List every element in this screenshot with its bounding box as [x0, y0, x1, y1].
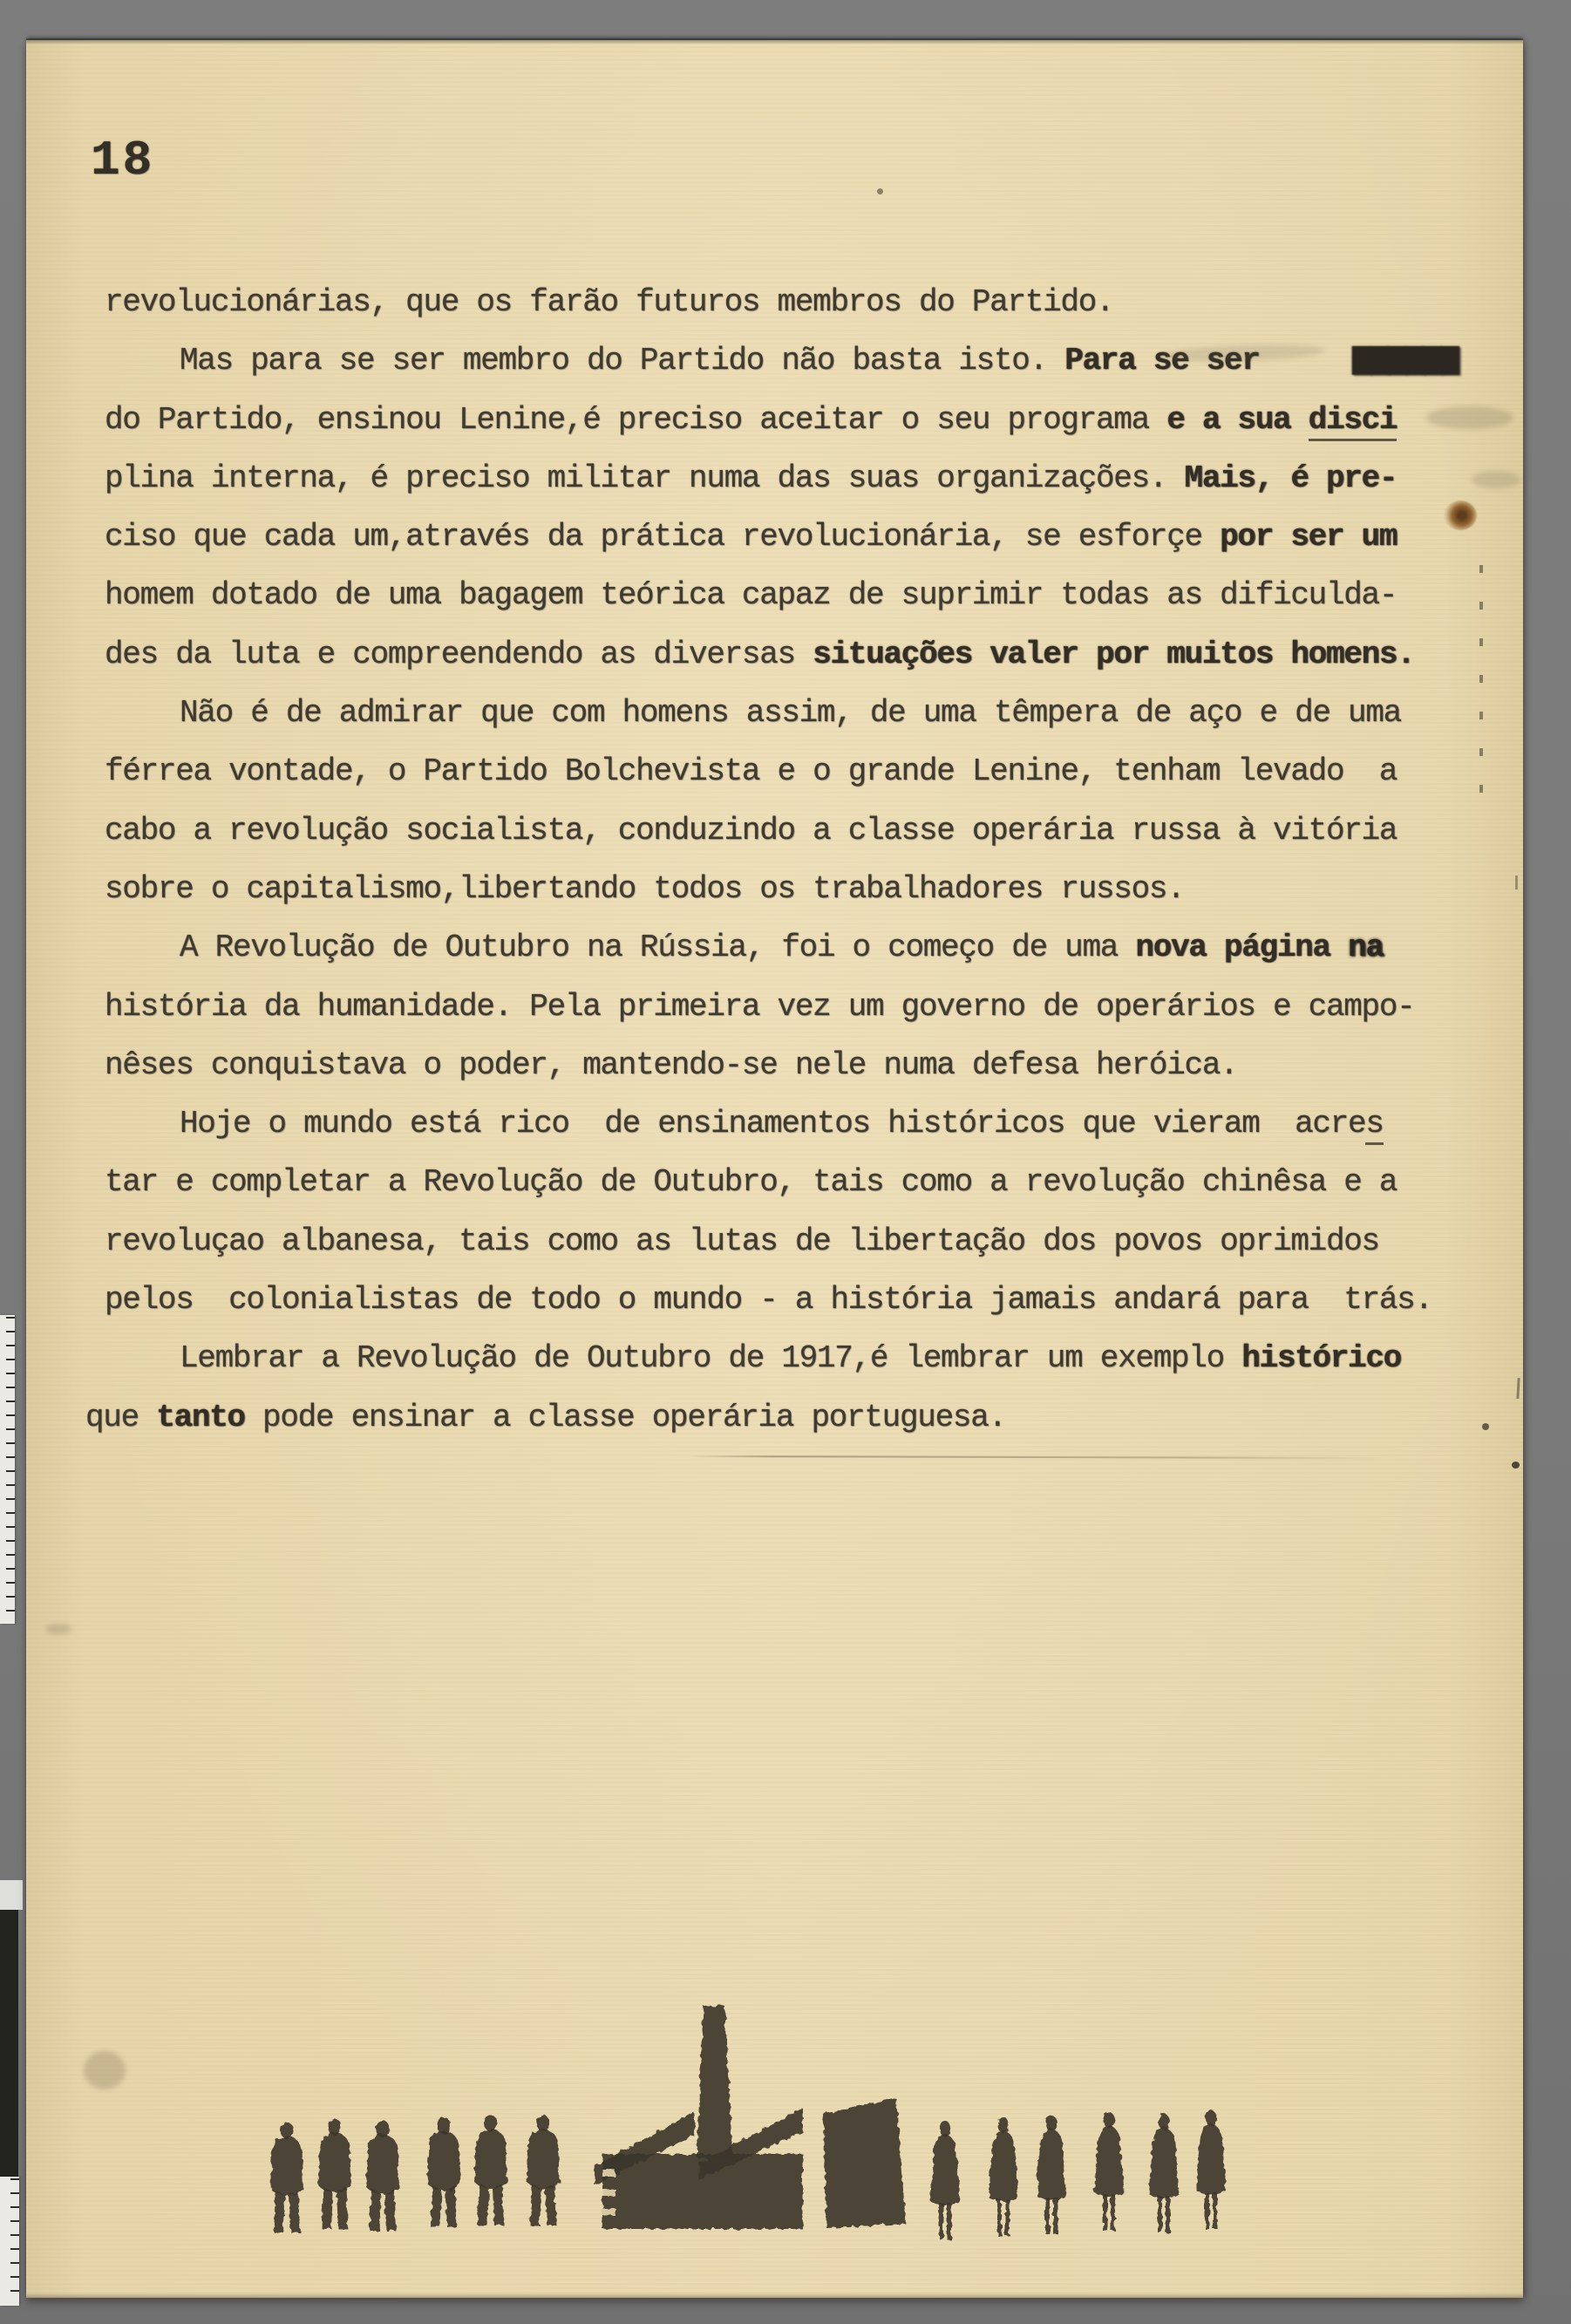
text-segment: ciso que cada um,através da prática revo… — [105, 519, 1220, 555]
text-line: nêses conquistava o poder, mantendo-se n… — [105, 1047, 1482, 1106]
factory-chimney — [697, 2006, 733, 2158]
male-worker-silhouette-group — [270, 2116, 560, 2233]
text-line: Hoje o mundo está rico de ensinamentos h… — [105, 1106, 1482, 1164]
ink-speck — [1512, 1462, 1520, 1469]
text-segment: revolucionárias, que os farão futuros me… — [105, 284, 1113, 320]
text-segment: Não é de admirar que com homens assim, d… — [180, 695, 1401, 731]
text-line: pelos colonialistas de todo o mundo - a … — [105, 1282, 1482, 1340]
male-worker-silhouette — [366, 2121, 399, 2232]
female-worker-silhouette — [1037, 2116, 1066, 2234]
text-line: des da luta e compreendendo as diversas … — [105, 637, 1482, 695]
ink-speck — [877, 188, 883, 194]
male-worker-silhouette — [270, 2123, 303, 2233]
ruler-strip-upper — [0, 1315, 15, 1624]
text-segment: pode ensinar a classe operária portugues… — [245, 1400, 1006, 1435]
text-segment: sobre o capitalismo,libertando todos os … — [105, 871, 1185, 907]
text-segment: Hoje o mundo está rico de ensinamentos h… — [180, 1106, 1365, 1142]
text-line: revoluçao albanesa, tais como as lutas d… — [105, 1223, 1482, 1282]
factory-silhouette — [595, 2006, 906, 2229]
text-segment: Lembrar a Revolução de Outubro de 1917,é… — [180, 1340, 1241, 1376]
pencil-mark — [1515, 876, 1518, 889]
text-segment: do Partido, ensinou Lenine,é preciso ace… — [105, 402, 1166, 438]
text-segment: história da humanidade. Pela primeira ve… — [105, 989, 1414, 1025]
female-worker-silhouette — [1196, 2110, 1226, 2229]
text-segment: des da luta e compreendendo as diversas — [105, 637, 813, 672]
text-segment: por ser um — [1220, 519, 1397, 555]
text-segment: férrea vontade, o Partido Bolchevista e … — [105, 753, 1397, 789]
female-worker-silhouette — [989, 2117, 1018, 2236]
text-line: que tanto pode ensinar a classe operária… — [85, 1400, 1482, 1458]
text-segment: tanto — [156, 1400, 245, 1435]
text-line: sobre o capitalismo,libertando todos os … — [105, 871, 1482, 930]
text-line: Não é de admirar que com homens assim, d… — [105, 695, 1482, 753]
ink-transfer-smudge — [84, 2051, 126, 2089]
male-worker-silhouette — [474, 2116, 507, 2226]
male-worker-silhouette — [318, 2119, 351, 2230]
text-segment: e a sua — [1166, 402, 1308, 438]
text-line: homem dotado de uma bagagem teórica capa… — [105, 577, 1482, 636]
male-worker-silhouette — [527, 2116, 560, 2226]
text-segment: que — [85, 1400, 156, 1435]
text-segment: histórico — [1241, 1340, 1401, 1376]
text-segment: homem dotado de uma bagagem teórica capa… — [105, 577, 1397, 613]
text-line: ciso que cada um,através da prática revo… — [105, 519, 1482, 577]
male-worker-silhouette — [427, 2117, 460, 2228]
text-segment: plina interna, é preciso militar numa da… — [105, 460, 1185, 496]
calibration-black-strip — [0, 1910, 18, 2177]
text-line: Lembrar a Revolução de Outubro de 1917,é… — [105, 1340, 1482, 1399]
text-segment: A Revolução de Outubro na Rússia, foi o … — [180, 930, 1135, 965]
female-worker-silhouette — [1094, 2112, 1124, 2231]
text-line: história da humanidade. Pela primeira ve… — [105, 989, 1482, 1047]
workers-factory-illustration — [244, 1980, 1264, 2293]
ink-smudge — [1472, 471, 1520, 488]
text-segment: nêses conquistava o poder, mantendo-se n… — [105, 1047, 1237, 1083]
ink-smudge — [45, 1624, 71, 1634]
ruler-strip-lower — [0, 2177, 19, 2306]
female-worker-silhouette — [930, 2121, 960, 2239]
text-line: plina interna, é preciso militar numa da… — [105, 460, 1482, 519]
text-segment: Mais, é pre- — [1185, 460, 1398, 496]
text-segment: cabo a revolução socialista, conduzindo … — [105, 813, 1397, 848]
scanned-document-page: 18 revolucionárias, que os farão futuros… — [0, 0, 1571, 2324]
calibration-white-patch — [0, 1880, 23, 1910]
text-segment: revoluçao albanesa, tais como as lutas d… — [105, 1223, 1379, 1259]
female-worker-silhouette — [1149, 2114, 1179, 2232]
text-segment: na — [1348, 930, 1384, 965]
text-segment: situações valer por muitos homens. — [813, 637, 1414, 672]
rust-stain — [1444, 501, 1477, 530]
text-segment: tar e completar a Revolução de Outubro, … — [105, 1164, 1397, 1200]
ink-smudge — [1426, 406, 1513, 429]
female-worker-silhouette-group — [930, 2110, 1226, 2239]
document-text: revolucionárias, que os farão futuros me… — [105, 284, 1482, 1458]
perforation-marks — [1479, 565, 1483, 801]
text-line: férrea vontade, o Partido Bolchevista e … — [105, 753, 1482, 812]
text-line: tar e completar a Revolução de Outubro, … — [105, 1164, 1482, 1223]
text-segment: Mas para se ser membro do Partido não ba… — [180, 343, 1064, 378]
text-segment: pelos colonialistas de todo o mundo - a … — [105, 1282, 1432, 1318]
text-line: revolucionárias, que os farão futuros me… — [105, 284, 1482, 343]
text-line: cabo a revolução socialista, conduzindo … — [105, 813, 1482, 871]
page-number: 18 — [91, 133, 154, 188]
text-segment: nova página — [1135, 930, 1348, 965]
factory-annex — [823, 2098, 906, 2228]
text-line: do Partido, ensinou Lenine,é preciso ace… — [105, 402, 1482, 460]
text-segment: disci — [1309, 402, 1398, 441]
text-line: A Revolução de Outubro na Rússia, foi o … — [105, 930, 1482, 988]
ink-speck — [1482, 1423, 1489, 1430]
text-segment: s — [1365, 1106, 1383, 1145]
